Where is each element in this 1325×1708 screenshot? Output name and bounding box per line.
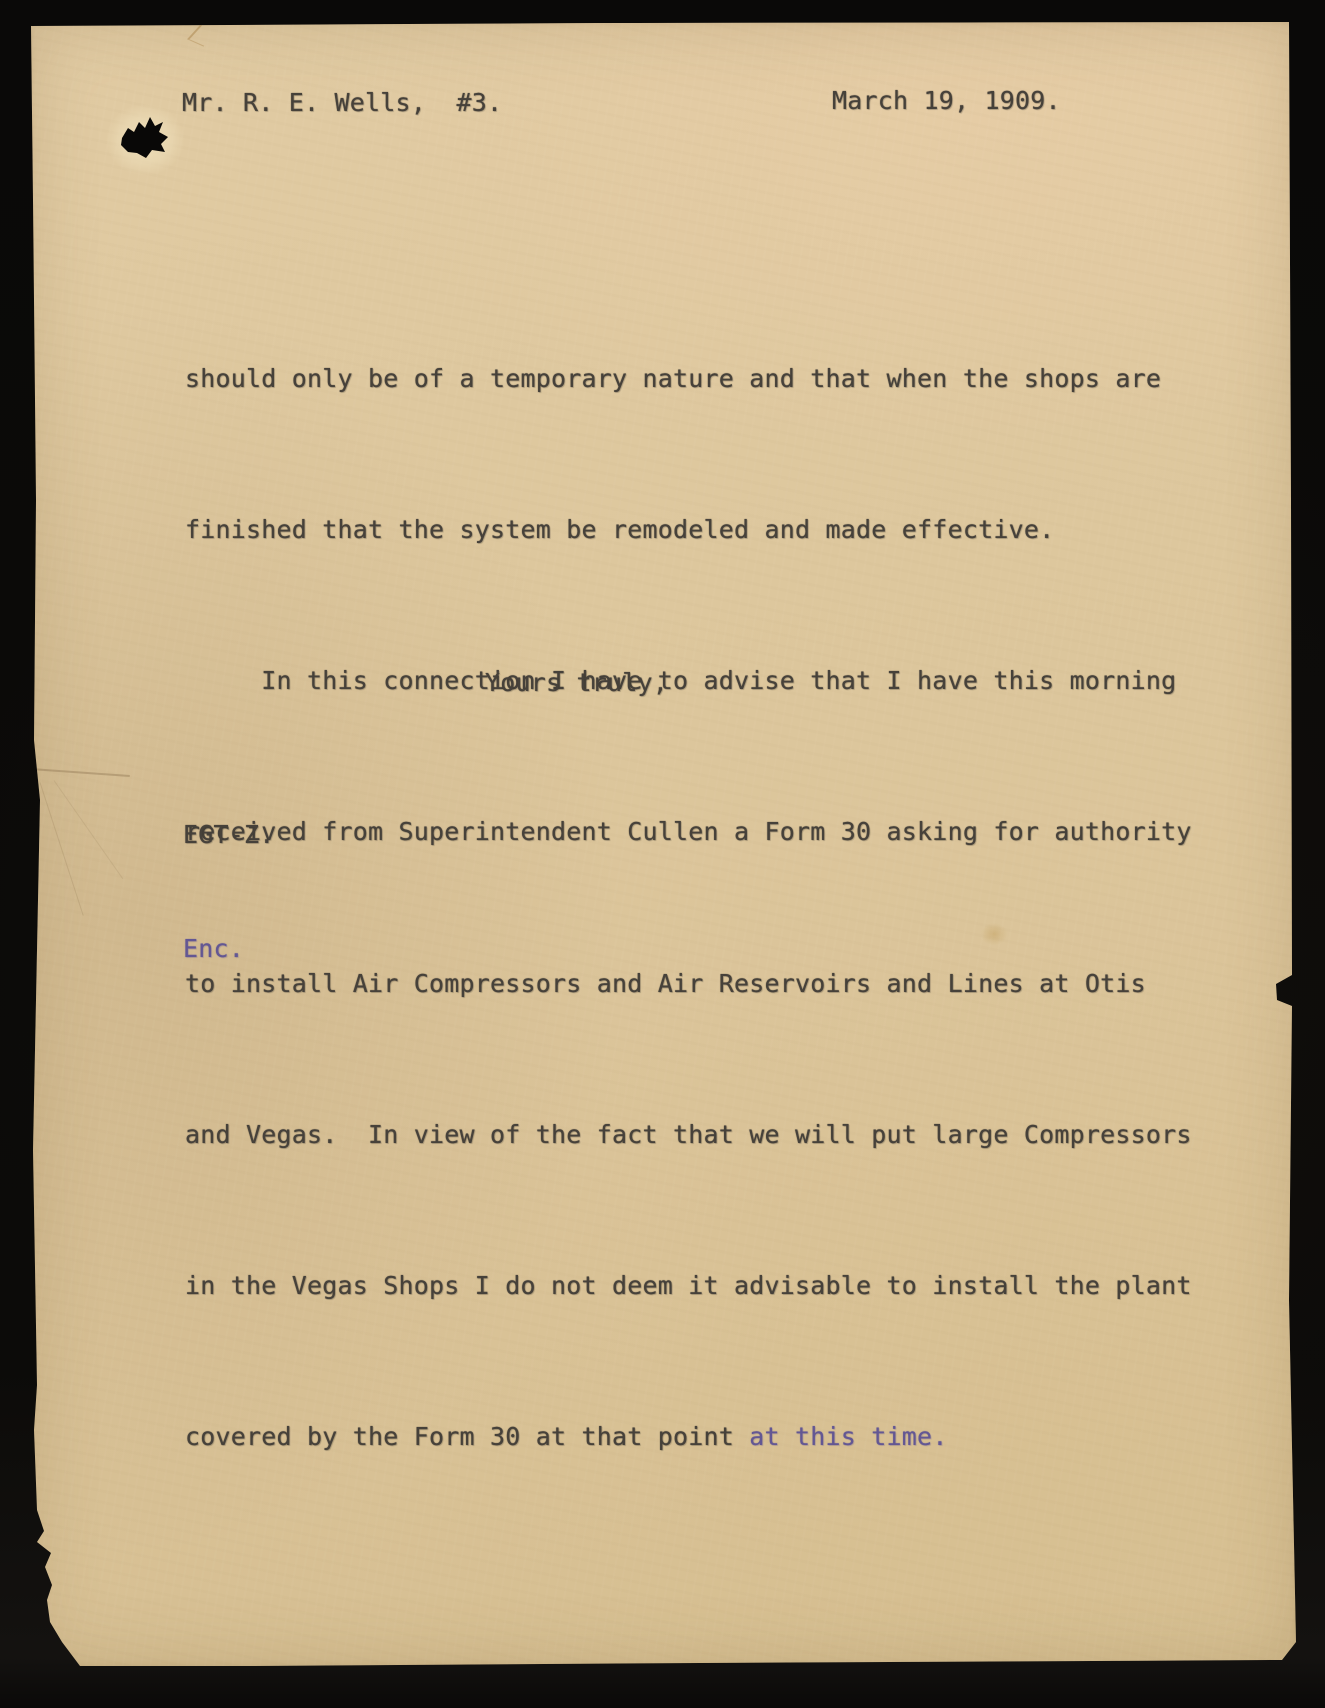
closing-salutation: Yours truly,: [485, 668, 668, 697]
letter-line: covered by the Form 30 at that point at …: [185, 1412, 1192, 1462]
letter-body: should only be of a temporary nature and…: [185, 253, 1192, 1564]
paper-crease: [30, 768, 130, 776]
letter-line: in the Vegas Shops I do not deem it advi…: [185, 1261, 1192, 1311]
addressee: Mr. R. E. Wells, #3.: [182, 88, 502, 117]
letter-page: Mr. R. E. Wells, #3. March 19, 1909. sho…: [28, 20, 1298, 1668]
letter-line: In this connection I have to advise that…: [185, 656, 1192, 706]
letter-date: March 19, 1909.: [832, 86, 1061, 115]
scan-background: Mr. R. E. Wells, #3. March 19, 1909. sho…: [0, 0, 1325, 1708]
final-line-purple-segment: at this time.: [734, 1422, 948, 1451]
letter-line: to install Air Compressors and Air Reser…: [185, 959, 1192, 1009]
paper-crease: [40, 782, 84, 915]
paper-stain: [975, 918, 1013, 950]
typist-initials: EGT-Z.: [183, 820, 275, 849]
letter-line: finished that the system be remodeled an…: [185, 505, 1192, 555]
paper-crease: [54, 780, 124, 879]
enclosure-notation: Enc.: [183, 934, 244, 963]
final-line-black-segment: covered by the Form 30 at that point: [185, 1422, 734, 1451]
letter-line: should only be of a temporary nature and…: [185, 354, 1192, 404]
letter-line: received from Superintendent Cullen a Fo…: [185, 807, 1192, 857]
pencil-mark: [187, 24, 217, 46]
letter-line: and Vegas. In view of the fact that we w…: [185, 1110, 1192, 1160]
